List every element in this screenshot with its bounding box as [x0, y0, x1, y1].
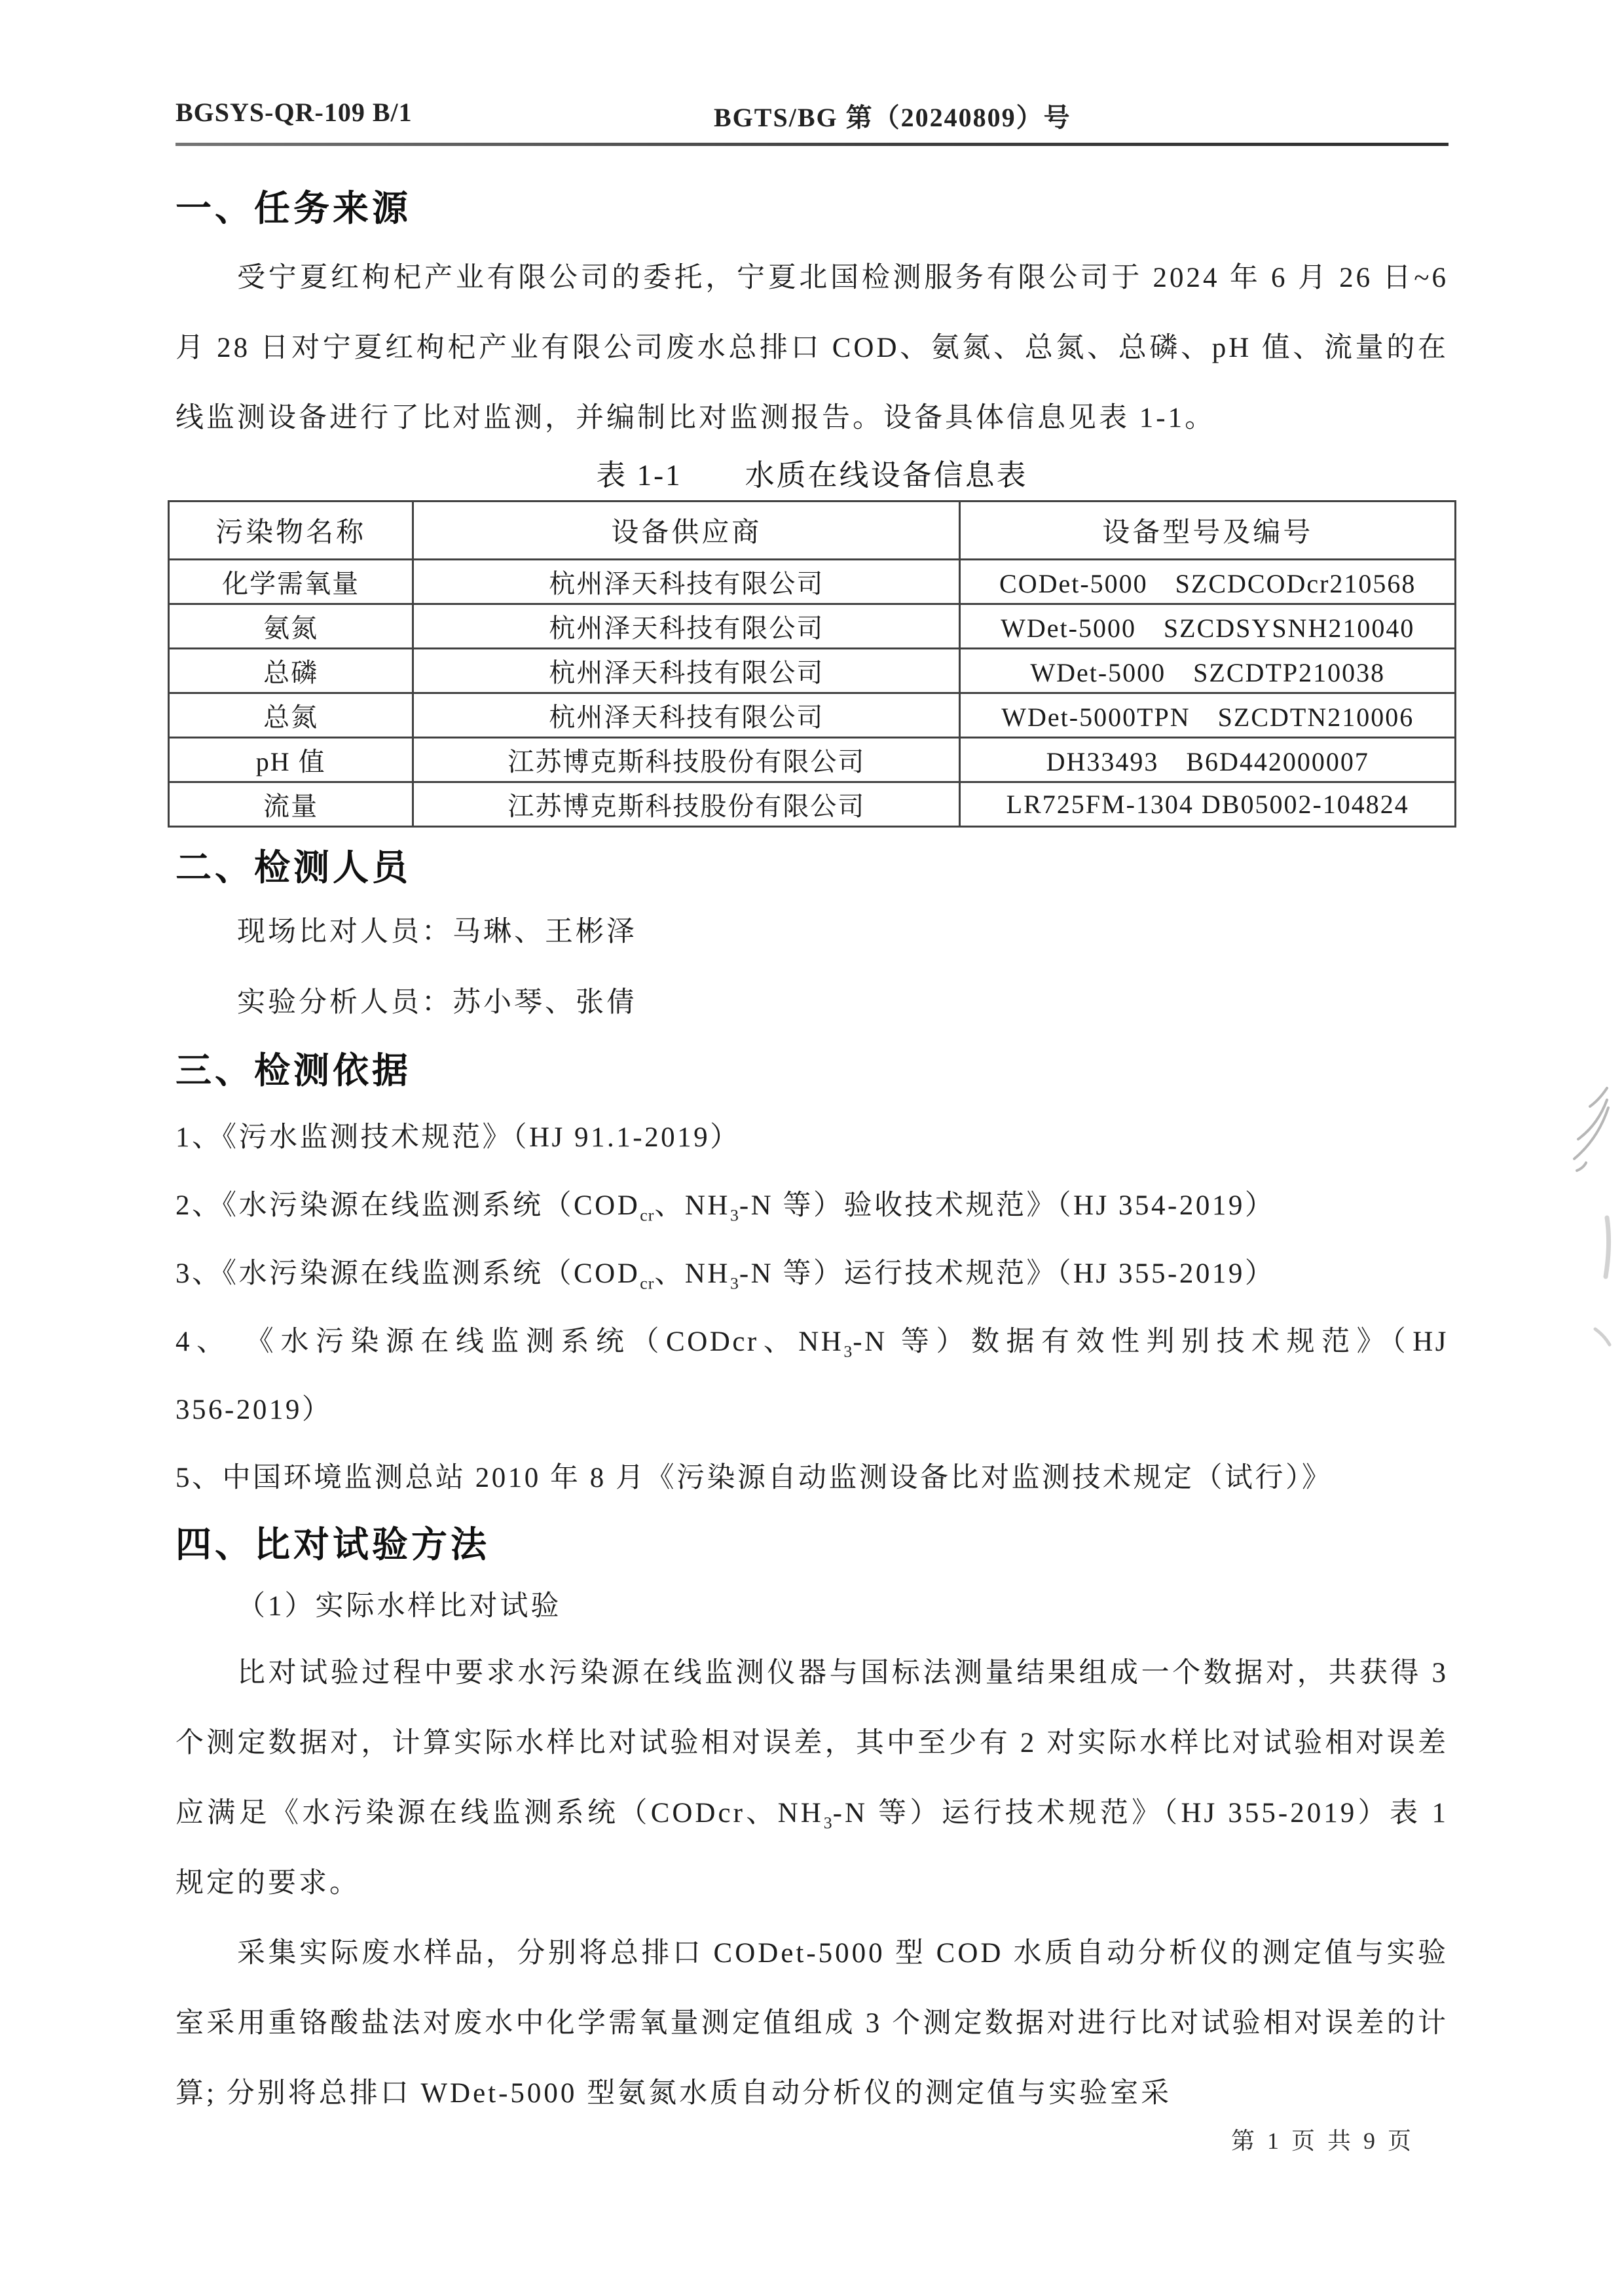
- supplier-cell: 杭州泽天科技有限公司: [413, 560, 960, 604]
- supplier-cell: 江苏博克斯科技股份有限公司: [413, 738, 960, 782]
- pollutant-name-cell: 化学需氧量: [169, 560, 413, 604]
- supplier-cell: 杭州泽天科技有限公司: [413, 693, 960, 738]
- basis-item-2: 2、《水污染源在线监测系统（CODcr、NH3-N 等）验收技术规范》（HJ 3…: [175, 1172, 1449, 1240]
- pollutant-name-header: 污染物名称: [169, 501, 413, 560]
- page-footer: 第 1 页 共 9 页: [1231, 2123, 1414, 2156]
- header-rule: [175, 143, 1449, 146]
- pollutant-name-cell: 总氮: [169, 693, 413, 738]
- model-serial-header: 设备型号及编号: [960, 501, 1456, 560]
- task-paragraph: 受宁夏红枸杞产业有限公司的委托，宁夏北国检测服务有限公司于 2024 年 6 月…: [175, 243, 1449, 453]
- model-serial-cell: DH33493 B6D442000007: [960, 738, 1456, 782]
- page-number: 第 1 页 共 9 页: [1231, 2128, 1414, 2154]
- table-row: pH 值 江苏博克斯科技股份有限公司 DH33493 B6D442000007: [169, 738, 1456, 782]
- model-serial-cell: WDet-5000TPN SZCDTN210006: [960, 693, 1456, 738]
- basis-item-1: 1、《污水监测技术规范》（HJ 91.1-2019）: [175, 1104, 1449, 1172]
- pollutant-name-cell: 氨氮: [169, 604, 413, 649]
- report-number: BGTS/BG 第（20240809）号: [714, 97, 1071, 134]
- table-row: 总氮 杭州泽天科技有限公司 WDet-5000TPN SZCDTN210006: [169, 693, 1456, 738]
- supplier-cell: 杭州泽天科技有限公司: [413, 604, 960, 649]
- basis-item-5: 5、中国环境监测总站 2010 年 8 月《污染源自动监测设备比对监测技术规定（…: [175, 1444, 1449, 1512]
- lab-personnel-line: 实验分析人员：苏小琴、张倩: [175, 968, 1449, 1038]
- page-header: BGSYS-QR-109 B/1 BGTS/BG 第（20240809）号: [175, 97, 1449, 134]
- section-basis-heading: 三、检测依据: [175, 1050, 1449, 1091]
- section-task-heading: 一、任务来源: [175, 188, 1449, 228]
- method-paragraph-1: 比对试验过程中要求水污染源在线监测仪器与国标法测量结果组成一个数据对，共获得 3…: [175, 1638, 1449, 1918]
- supplier-cell: 杭州泽天科技有限公司: [413, 649, 960, 693]
- personnel-block: 现场比对人员：马琳、王彬泽 实验分析人员：苏小琴、张倩: [175, 897, 1449, 1038]
- section-method-heading: 四、比对试验方法: [175, 1524, 1449, 1565]
- supplier-header: 设备供应商: [413, 501, 960, 560]
- section-personnel-heading: 二、检测人员: [175, 847, 1449, 888]
- device-table-header-row: 污染物名称 设备供应商 设备型号及编号: [169, 501, 1456, 560]
- model-serial-cell: LR725FM-1304 DB05002-104824: [960, 782, 1456, 827]
- document-code: BGSYS-QR-109 B/1: [175, 97, 413, 128]
- table-row: 流量 江苏博克斯科技股份有限公司 LR725FM-1304 DB05002-10…: [169, 782, 1456, 827]
- method-paragraph-2: 采集实际废水样品，分别将总排口 CODet-5000 型 COD 水质自动分析仪…: [175, 1918, 1449, 2128]
- table-row: 氨氮 杭州泽天科技有限公司 WDet-5000 SZCDSYSNH210040: [169, 604, 1456, 649]
- basis-list: 1、《污水监测技术规范》（HJ 91.1-2019） 2、《水污染源在线监测系统…: [175, 1104, 1449, 1512]
- basis-item-4: 4、 《水污染源在线监测系统（CODcr、NH3-N 等）数据有效性判别技术规范…: [175, 1308, 1449, 1376]
- pollutant-name-cell: 流量: [169, 782, 413, 827]
- table-row: 总磷 杭州泽天科技有限公司 WDet-5000 SZCDTP210038: [169, 649, 1456, 693]
- pollutant-name-cell: 总磷: [169, 649, 413, 693]
- model-serial-cell: CODet-5000 SZCDCODcr210568: [960, 560, 1456, 604]
- document-page: BGSYS-QR-109 B/1 BGTS/BG 第（20240809）号 一、…: [0, 0, 1624, 2296]
- model-serial-cell: WDet-5000 SZCDSYSNH210040: [960, 604, 1456, 649]
- supplier-cell: 江苏博克斯科技股份有限公司: [413, 782, 960, 827]
- basis-item-4-wrap-line: 356-2019）: [175, 1376, 1449, 1444]
- pollutant-name-cell: pH 值: [169, 738, 413, 782]
- field-personnel-line: 现场比对人员：马琳、王彬泽: [175, 897, 1449, 968]
- table-row: 化学需氧量 杭州泽天科技有限公司 CODet-5000 SZCDCODcr210…: [169, 560, 1456, 604]
- scan-artifact: [1539, 1021, 1617, 1362]
- page-content: BGSYS-QR-109 B/1 BGTS/BG 第（20240809）号 一、…: [175, 0, 1449, 2128]
- device-table: 污染物名称 设备供应商 设备型号及编号 化学需氧量 杭州泽天科技有限公司 COD…: [168, 500, 1456, 828]
- device-table-caption: 表 1-1 水质在线设备信息表: [175, 457, 1449, 494]
- basis-item-3: 3、《水污染源在线监测系统（CODcr、NH3-N 等）运行技术规范》（HJ 3…: [175, 1240, 1449, 1308]
- method-subheading: （1）实际水样比对试验: [175, 1575, 1449, 1638]
- model-serial-cell: WDet-5000 SZCDTP210038: [960, 649, 1456, 693]
